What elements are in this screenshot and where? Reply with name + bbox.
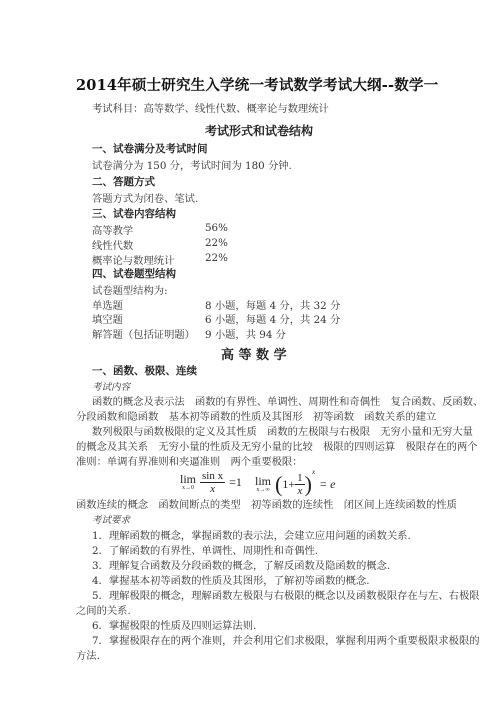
- part4-intro: 试卷题型结构为:: [92, 282, 168, 297]
- limit-formula-sinx: lim x→0 sin x x =1: [180, 470, 242, 495]
- limit-formula-e: lim x→∞ (1+ 1 x )x = e: [255, 468, 336, 497]
- content-line: 的概念及其关系 无穷小量的性质及无穷小量的比较 极限的四则运算 极限存在的两个: [76, 438, 478, 453]
- content-line: 函数的概念及表示法 函数的有界性、单调性、周期性和奇偶性 复合函数、反函数、: [92, 393, 483, 408]
- part3-row-value: 22%: [205, 252, 228, 264]
- part1-text: 试卷满分为 150 分，考试时间为 180 分钟.: [92, 157, 292, 172]
- requirement-item: 4．掌握基本初等函数的性质及其图形，了解初等函数的概念.: [92, 572, 370, 587]
- part4-heading: 四、试卷题型结构: [92, 266, 176, 281]
- document-page: 2014年硕士研究生入学统一考试数学考试大纲--数学一 考试科目：高等数学、线性…: [0, 0, 500, 708]
- requirement-item: 1．理解函数的概念，掌握函数的表示法，会建立应用问题的函数关系.: [92, 527, 411, 542]
- fraction: sin x x: [200, 470, 225, 495]
- part2-text: 答题方式为闭卷、笔试.: [92, 190, 198, 205]
- part4-row-label: 单选题: [92, 297, 123, 312]
- continuity-line: 函数连续的概念 函数间断点的类型 初等函数的连续性 闭区间上连续函数的性质: [76, 496, 457, 511]
- requirement-item: 7．掌握极限存在的两个准则，并会利用它们求极限，掌握利用两个重要极限求极限的: [92, 632, 480, 647]
- requirement-item: 6．掌握极限的性质及四则运算法则.: [92, 617, 256, 632]
- part3-heading: 三、试卷内容结构: [92, 206, 176, 221]
- content-label: 考试内容: [92, 379, 130, 393]
- content-line: 数列极限与函数极限的定义及其性质 函数的左极限与右极限 无穷小量和无穷大量: [92, 423, 473, 438]
- requirement-item-cont: 方法.: [76, 647, 100, 662]
- content-line: 分段函数和隐函数 基本初等函数的性质及其图形 初等函数 函数关系的建立: [76, 408, 436, 423]
- requirement-item: 2．了解函数的有界性、单调性、周期性和奇偶性.: [92, 542, 318, 557]
- document-title: 2014年硕士研究生入学统一考试数学考试大纲--数学一: [76, 74, 438, 95]
- fraction: 1 x: [295, 472, 305, 497]
- part4-row-label: 填空题: [92, 311, 123, 326]
- part4-row-value: 8 小题，每题 4 分，共 32 分: [205, 297, 340, 312]
- section-title-exam-form: 考试形式和试卷结构: [205, 122, 313, 139]
- lim-operator: lim x→0: [180, 473, 196, 492]
- part3-row-label: 概率论与数理统计: [92, 252, 174, 267]
- part3-row-label: 线性代数: [92, 237, 133, 252]
- content-line: 准则：单调有界准则和夹逼准则 两个重要极限：: [76, 453, 303, 468]
- chapter1-heading: 一、函数、极限、连续: [92, 363, 197, 378]
- part3-row-value: 22%: [205, 237, 228, 249]
- part3-row-value: 56%: [205, 222, 228, 234]
- requirement-item-cont: 之间的关系.: [76, 602, 131, 617]
- part1-heading: 一、试卷满分及考试时间: [92, 141, 208, 156]
- part4-row-value: 9 小题，共 94 分: [205, 326, 286, 341]
- requirement-item: 5．理解极限的概念，理解函数左极限与右极限的概念以及函数极限存在与左、右极限: [92, 587, 480, 602]
- requirement-item: 3．理解复合函数及分段函数的概念，了解反函数及隐函数的概念.: [92, 557, 390, 572]
- lim-operator: lim x→∞: [255, 475, 271, 494]
- requirements-label: 考试要求: [92, 512, 130, 526]
- part2-heading: 二、答题方式: [92, 174, 155, 189]
- part4-row-label: 解答题（包括证明题）: [92, 326, 195, 341]
- section-title-calculus: 高 等 数 学: [221, 344, 287, 363]
- part4-row-value: 6 小题，每题 4 分，共 24 分: [205, 311, 340, 326]
- part3-row-label: 高等教学: [92, 222, 133, 237]
- exam-subjects: 考试科目：高等数学、线性代数、概率论与数理统计: [92, 100, 329, 115]
